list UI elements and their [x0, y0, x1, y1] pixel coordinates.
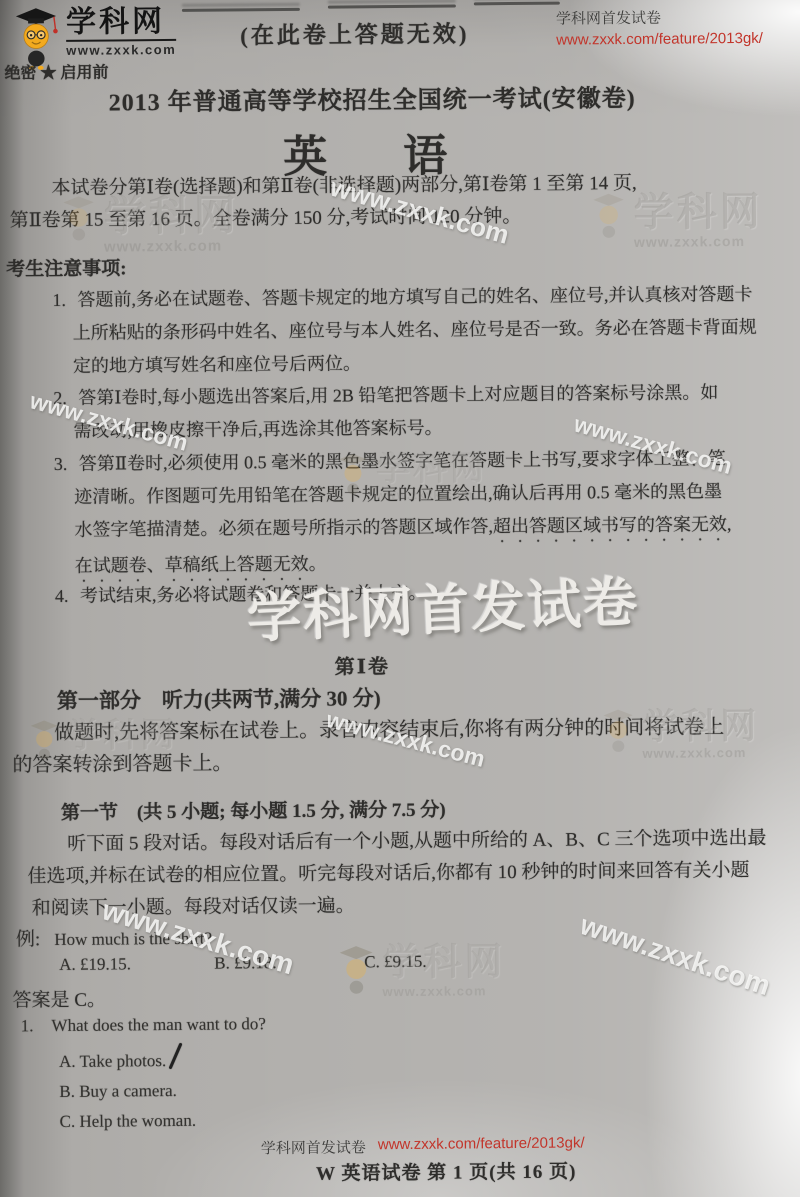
zxxk-mascot-watermark-icon — [590, 192, 628, 242]
watermark-brand-text: 学科网 — [66, 718, 177, 755]
watermark-brand-text: 学科网 — [376, 451, 487, 488]
example-option-a: A. £19.15. — [59, 954, 131, 975]
watermark-logo-center-1: 学科网 www.zxxk.com — [336, 451, 487, 502]
footer-release-url: www.zxxk.com/feature/2013gk/ — [378, 1134, 585, 1157]
watermark-brand-text: 学科网 — [642, 707, 759, 746]
notice-item-3-line-3: 水签字笔描清楚。必须在题号所指示的答题区域作答,超出答题区域书写的答案无效, — [74, 508, 794, 550]
notice-item-3-line-3-emphasized: 超出答题区域书写的答案无效, — [493, 514, 732, 536]
question-1: 1. What does the man want to do? — [21, 1014, 266, 1036]
zxxk-mascot-watermark-icon — [336, 944, 376, 998]
example-label: 例: — [16, 929, 40, 950]
example-options-row: A. £19.15. B. £9.18. C. £9.15. — [0, 0, 796, 4]
release-label: 学科网首发试卷 — [556, 7, 763, 30]
watermark-brand-text: 学科网 — [382, 943, 505, 984]
watermark-brand-url: www.zxxk.com — [66, 754, 177, 769]
notice-item-4-num: 4. — [55, 580, 69, 613]
notice-item-1-line-2: 上所粘贴的条形码中姓名、座位号与本人姓名、座位号是否一致。务必在答题卡背面规 — [73, 311, 793, 350]
question-1-text: What does the man want to do? — [51, 1014, 265, 1035]
watermark-brand-url: www.zxxk.com — [634, 233, 763, 250]
watermark-logo-right-1: 学科网 www.zxxk.com — [590, 191, 763, 251]
notice-item-3-num: 3. — [54, 448, 68, 481]
footer-release-info: 学科网首发试卷 www.zxxk.com/feature/2013gk/ — [261, 1134, 585, 1158]
watermark-logo-center-2: 学科网 www.zxxk.com — [336, 943, 505, 999]
release-info-top: 学科网首发试卷 www.zxxk.com/feature/2013gk/ — [556, 7, 763, 51]
watermark-brand-url: www.zxxk.com — [382, 983, 505, 999]
zxxk-mascot-watermark-icon — [600, 708, 636, 756]
watermark-brand-url: www.zxxk.com — [104, 237, 239, 255]
watermark-logo-right-2: 学科网 www.zxxk.com — [600, 707, 759, 761]
watermark-brand-text: 学科网 — [104, 193, 239, 238]
watermark-brand-url: www.zxxk.com — [376, 487, 487, 502]
notice-item-2-line-1: 答第Ⅰ卷时,每小题选出答案后,用 2B 铅笔把答题卡上对应题目的答案标号涂黑。如 — [73, 376, 793, 415]
watermark-brand-text: 学科网 — [634, 191, 763, 234]
footer-page-info: W 英语试卷 第 1 页(共 16 页) — [316, 1156, 577, 1185]
example-answer: 答案是 C。 — [12, 985, 106, 1013]
paper-sheet: 学科网 www.zxxk.com 绝密 ★ 启用前 (在此卷上答题无效) 学科网… — [0, 0, 800, 1197]
logo-text: 学科网 — [66, 5, 176, 40]
answer-invalid-notice: (在此卷上答题无效) — [240, 15, 470, 50]
question-1-option-c: C. Help the woman. — [59, 1106, 196, 1137]
secrecy-notice: 绝密 ★ 启用前 — [4, 60, 108, 84]
page-top-cutoff-marks — [0, 0, 796, 4]
watermark-logo-left-2: 学科网 www.zxxk.com — [28, 718, 177, 769]
subject-title: 英 语 — [0, 0, 796, 4]
zxxk-mascot-watermark-icon — [28, 719, 60, 763]
notice-item-1-num: 1. — [52, 284, 66, 317]
watermark-release-big: 学科网首发试卷 — [246, 559, 641, 653]
footer-release-label: 学科网首发试卷 — [261, 1136, 366, 1158]
zxxk-mascot-watermark-icon — [60, 195, 98, 245]
question-1-option-b: B. Buy a camera. — [59, 1076, 196, 1107]
volume-1-title: 第Ⅰ卷 — [334, 650, 390, 679]
exam-title: 2013 年普通高等学校招生全国统一考试(安徽卷) — [109, 78, 636, 118]
notice-item-3-line-3-normal: 水签字笔描清楚。必须在题号所指示的答题区域作答, — [74, 516, 493, 540]
zxxk-mascot-watermark-icon — [336, 452, 370, 498]
watermark-url-6: www.zxxk.com — [576, 909, 774, 1002]
question-1-num: 1. — [21, 1016, 34, 1035]
scanned-exam-page: 学科网 www.zxxk.com 绝密 ★ 启用前 (在此卷上答题无效) 学科网… — [0, 0, 800, 1197]
notice-item-1: 1. 答题前,务必在试题卷、答题卡规定的地方填写自己的姓名、座位号,并认真核对答… — [72, 278, 793, 383]
instruction-line-2: 佳选项,并标在试卷的相应位置。听完每段对话后,你都有 10 秒钟的时间来回答有关… — [13, 855, 767, 894]
section-1-heading: 第一节 (共 5 小题; 每小题 1.5 分, 满分 7.5 分) — [61, 795, 446, 825]
watermark-brand-url: www.zxxk.com — [642, 745, 759, 761]
logo-url: www.zxxk.com — [66, 39, 176, 58]
watermark-logo-left-1: 学科网 www.zxxk.com — [60, 193, 240, 256]
release-url: www.zxxk.com/feature/2013gk/ — [556, 28, 763, 51]
notice-heading: 考生注意事项: — [6, 253, 127, 281]
